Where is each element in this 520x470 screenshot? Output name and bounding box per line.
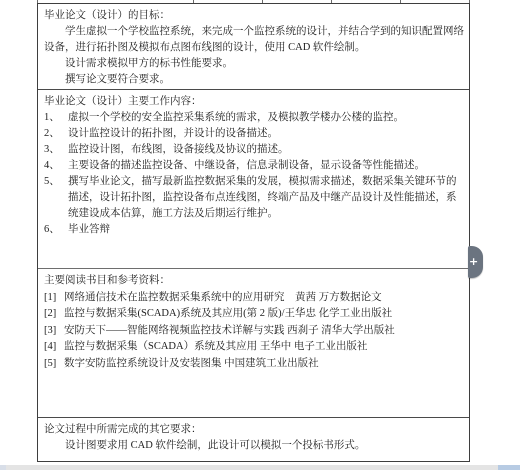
section-references-title: 主要阅读书目和参考资料： <box>44 273 464 290</box>
goal-paragraph: 学生虚拟一个学校监控系统，来完成一个监控系统的设计，并结合学到的知识配置网络设备… <box>44 24 464 56</box>
bottom-edge-left-tint <box>0 465 6 470</box>
section-references: 主要阅读书目和参考资料： [1] 网络通信技术在监控数据采集系统中的应用研究 黄… <box>38 269 469 417</box>
work-item: 6、 毕业答辩 <box>44 222 464 238</box>
reference-text: 数字安防监控系统设计及安装图集 中国建筑工业出版社 <box>64 356 464 373</box>
plus-icon: + <box>469 256 478 267</box>
work-item-number: 1、 <box>44 110 68 126</box>
work-item-text: 撰写毕业论文，描写最新监控数据采集的发展，模拟需求描述，数据采集关键环节的描述，… <box>68 174 464 222</box>
reference-item: [2] 监控与数据采集(SCADA)系统及其应用(第 2 版)/王华忠 化学工业… <box>44 306 464 323</box>
reference-number: [1] <box>44 290 64 307</box>
section-work-content: 毕业论文（设计）主要工作内容： 1、 虚拟一个学校的安全监控采集系统的需求，及模… <box>38 90 469 268</box>
work-item-number: 5、 <box>44 174 68 222</box>
work-item-number: 6、 <box>44 222 68 238</box>
bottom-edge-right-tint <box>498 465 520 470</box>
reference-number: [5] <box>44 356 64 373</box>
work-item: 2、 设计监控设计的拓扑图，并设计的设备描述。 <box>44 126 464 142</box>
work-item-number: 3、 <box>44 142 68 158</box>
work-item-text: 设计监控设计的拓扑图，并设计的设备描述。 <box>68 126 464 142</box>
reference-item: [4] 监控与数据采集（SCADA）系统及其应用 王华中 电子工业出版社 <box>44 339 464 356</box>
section-other-requirements: 论文过程中所需完成的其它要求： 设计图要求用 CAD 软件绘制，此设计可以模拟一… <box>38 418 469 463</box>
section-work-title: 毕业论文（设计）主要工作内容： <box>44 94 464 110</box>
work-item-number: 4、 <box>44 158 68 174</box>
section-goal: 毕业论文（设计）的目标： 学生虚拟一个学校监控系统，来完成一个监控系统的设计，并… <box>38 4 469 89</box>
other-paragraph: 设计图要求用 CAD 软件绘制，此设计可以模拟一个投标书形式。 <box>44 438 464 454</box>
work-item-text: 毕业答辩 <box>68 222 464 238</box>
goal-paragraph: 撰写论文要符合要求。 <box>44 72 464 88</box>
thesis-task-form-table: 毕业论文（设计）的目标： 学生虚拟一个学校监控系统，来完成一个监控系统的设计，并… <box>37 3 470 462</box>
reference-number: [2] <box>44 306 64 323</box>
work-item-text: 监控设计图，布线图，设备接线及协议的描述。 <box>68 142 464 158</box>
work-item: 4、 主要设备的描述监控设备、中继设备，信息录制设备，显示设备等性能描述。 <box>44 158 464 174</box>
document-page: 毕业论文（设计）的目标： 学生虚拟一个学校监控系统，来完成一个监控系统的设计，并… <box>0 0 520 470</box>
reference-text: 监控与数据采集(SCADA)系统及其应用(第 2 版)/王华忠 化学工业出版社 <box>64 306 464 323</box>
insert-row-marker[interactable]: + <box>468 246 483 278</box>
work-item-number: 2、 <box>44 126 68 142</box>
goal-paragraph: 设计需求模拟甲方的标书性能要求。 <box>44 56 464 72</box>
work-item-text: 主要设备的描述监控设备、中继设备，信息录制设备，显示设备等性能描述。 <box>68 158 464 174</box>
reference-text: 监控与数据采集（SCADA）系统及其应用 王华中 电子工业出版社 <box>64 339 464 356</box>
reference-text: 网络通信技术在监控数据采集系统中的应用研究 黄茜 万方数据论文 <box>64 290 464 307</box>
work-item: 3、 监控设计图，布线图，设备接线及协议的描述。 <box>44 142 464 158</box>
reference-item: [1] 网络通信技术在监控数据采集系统中的应用研究 黄茜 万方数据论文 <box>44 290 464 307</box>
work-item: 5、 撰写毕业论文，描写最新监控数据采集的发展，模拟需求描述，数据采集关键环节的… <box>44 174 464 222</box>
work-item: 1、 虚拟一个学校的安全监控采集系统的需求，及模拟教学楼办公楼的监控。 <box>44 110 464 126</box>
reference-number: [4] <box>44 339 64 356</box>
reference-item: [5] 数字安防监控系统设计及安装图集 中国建筑工业出版社 <box>44 356 464 373</box>
reference-item: [3] 安防天下——智能网络视频监控技术详解与实践 西刹子 清华大学出版社 <box>44 323 464 340</box>
reference-number: [3] <box>44 323 64 340</box>
section-other-title: 论文过程中所需完成的其它要求： <box>44 422 464 438</box>
section-goal-title: 毕业论文（设计）的目标： <box>44 8 464 24</box>
bottom-edge-strip <box>0 465 520 470</box>
work-item-text: 虚拟一个学校的安全监控采集系统的需求，及模拟教学楼办公楼的监控。 <box>68 110 464 126</box>
reference-text: 安防天下——智能网络视频监控技术详解与实践 西刹子 清华大学出版社 <box>64 323 464 340</box>
